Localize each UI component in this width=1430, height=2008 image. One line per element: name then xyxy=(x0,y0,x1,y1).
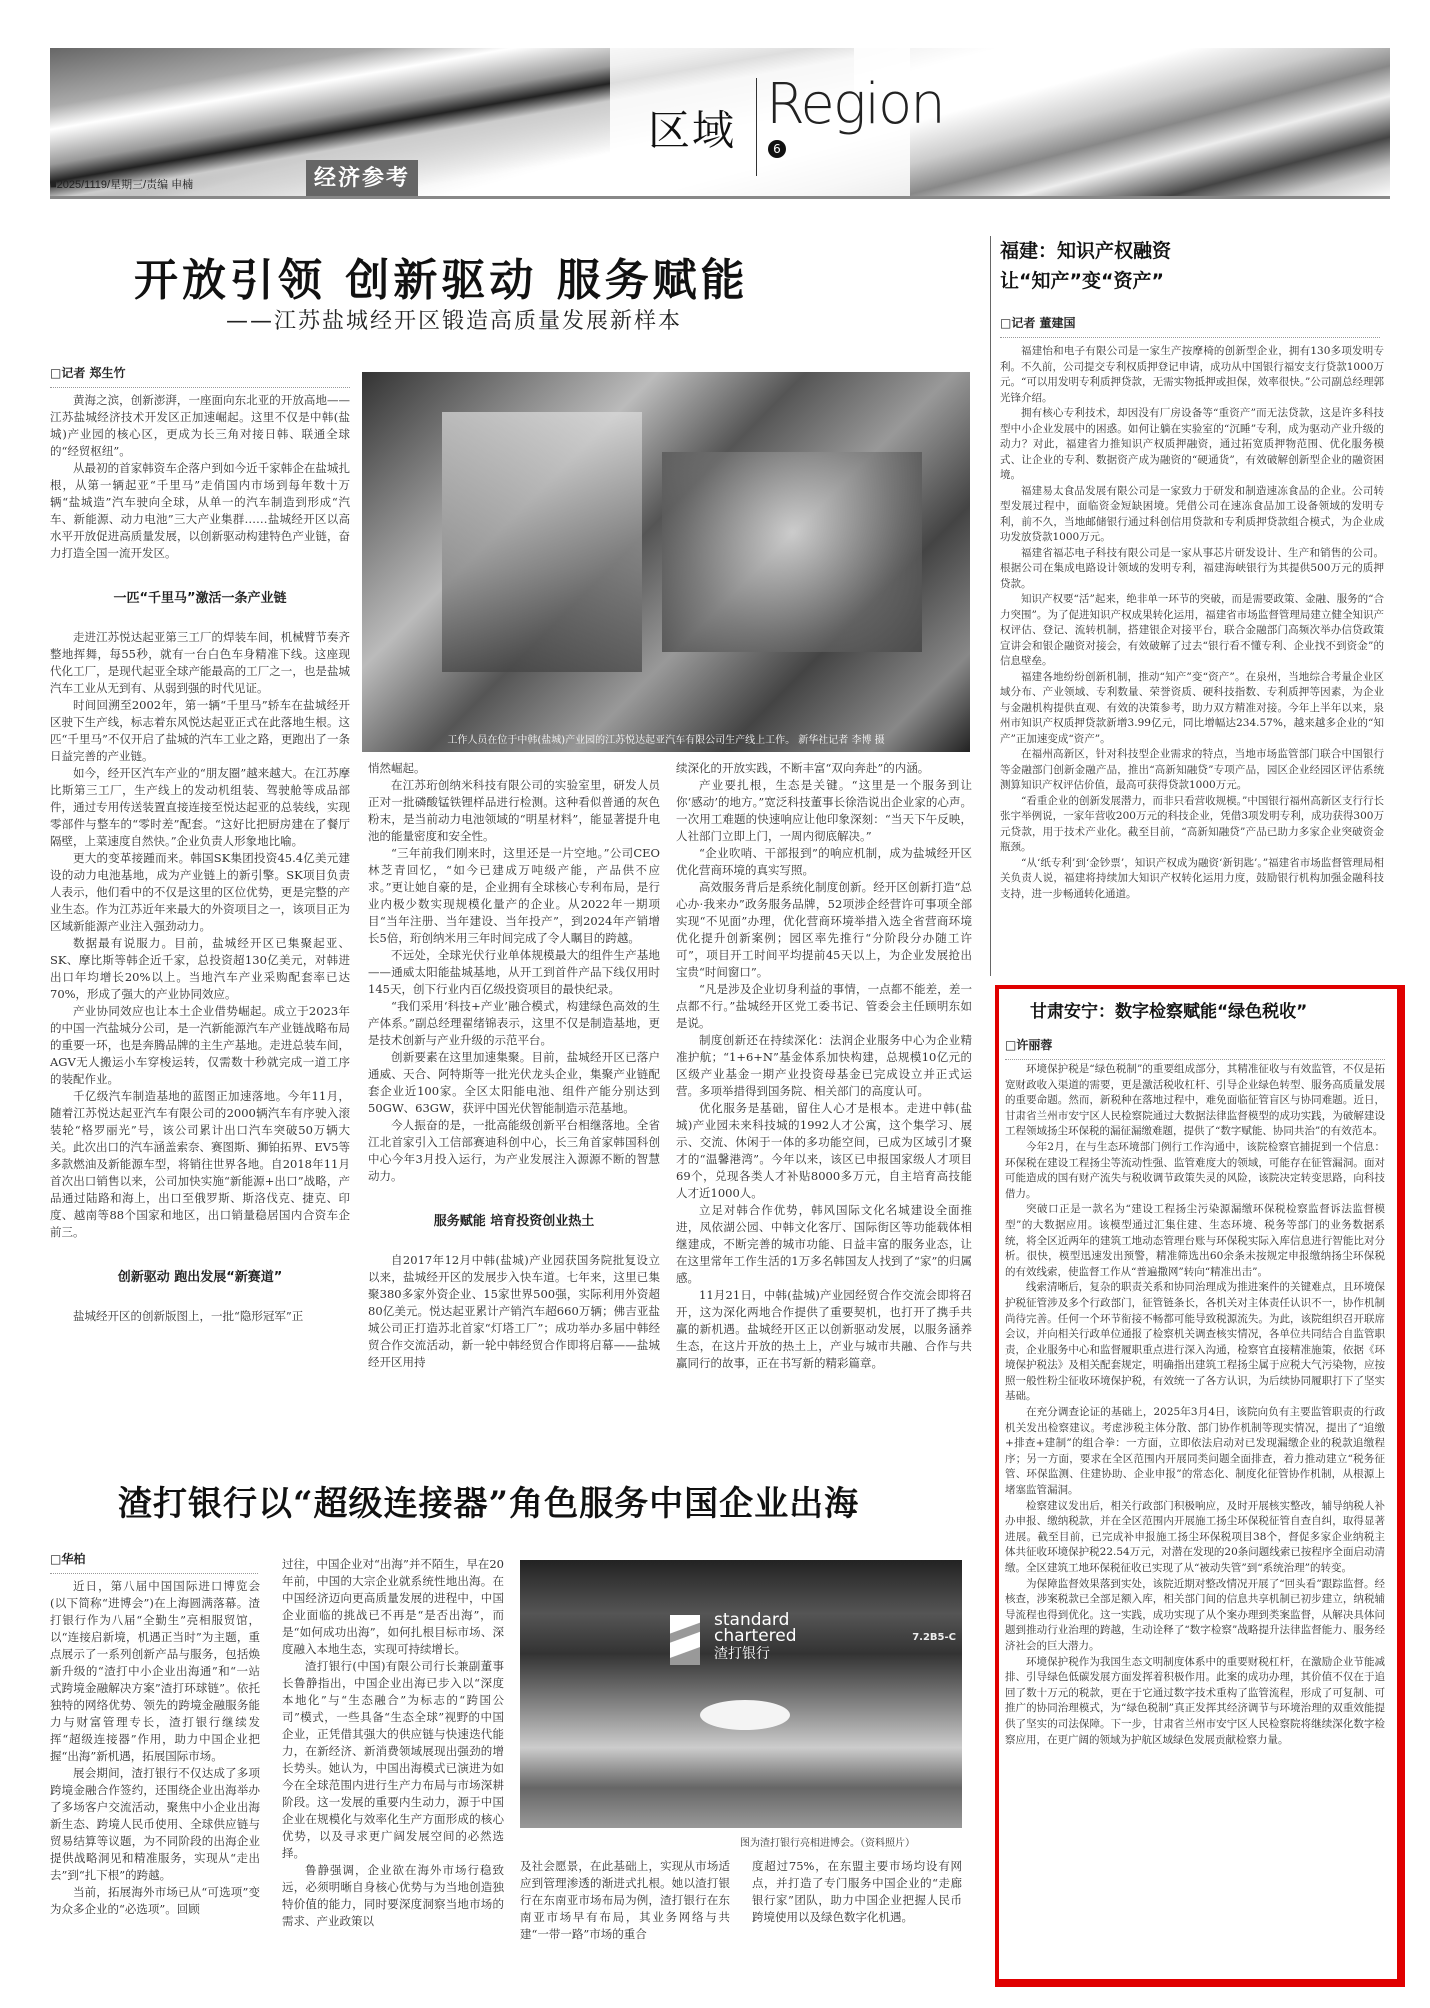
paragraph: 在充分调查论证的基础上，2025年3月4日，该院向负有主要监管职责的行政机关发出… xyxy=(1005,1405,1385,1499)
paragraph: “凡是涉及企业切身利益的事情，一点都不能差，差一点都不行。”盐城经开区党工委书记… xyxy=(676,981,972,1032)
sc-logo-text: standard chartered 渣打银行 xyxy=(714,1612,797,1662)
paragraph: 黄海之滨，创新澎湃，一座面向东北亚的开放高地——江苏盐城经济技术开发区正加速崛起… xyxy=(50,392,350,460)
section-subtitle: 一匹“千里马”激活一条产业链 xyxy=(50,590,350,607)
sc-byline: □华柏 xyxy=(50,1550,258,1574)
paragraph: 展会期间，渣打银行不仅达成了多项跨境金融合作签约，还围绕企业出海举办了多场客户交… xyxy=(50,1765,260,1884)
section-divider xyxy=(756,78,757,176)
sc-headline: 渣打银行以“超级连接器”角色服务中国企业出海 xyxy=(118,1476,859,1525)
paragraph: 福建省福芯电子科技有限公司是一家从事芯片研发设计、生产和销售的公司。根据公司在集… xyxy=(1000,546,1384,593)
section-title-zh: 区域 xyxy=(648,98,736,158)
section-subtitle: 服务赋能 培育投资创业热土 xyxy=(368,1213,660,1230)
expo-booth-photo: standard chartered 渣打银行 7.2B5-C xyxy=(520,1560,962,1828)
main-article-col3: 续深化的开放实践，不断丰富“双向奔赴”的内涵。 产业要扎根，生态是关键。“这里是… xyxy=(676,760,972,1372)
paragraph: “看重企业的创新发展潜力，而非只看营收规模。”中国银行福州高新区支行行长张宇举例… xyxy=(1000,794,1384,856)
newspaper-logo: 经济参考报 xyxy=(306,160,418,196)
paragraph: 产业协同效应也让本土企业借势崛起。成立于2023年的中国一汽盐城分公司，是一汽新… xyxy=(50,1003,350,1088)
paragraph: 环境保护税是“绿色税制”的重要组成部分，其精准征收与有效监管，不仅是拓宽财政收入… xyxy=(1005,1062,1385,1140)
sc-article-col3: 及社会愿景，在此基础上，实现从市场适应到管理渗透的渐进式扎根。她以渣打银行在东南… xyxy=(520,1858,730,1943)
fujian-headline: 福建：知识产权融资 让“知产”变“资产” xyxy=(1000,236,1171,296)
paragraph: 创新要素在这里加速集聚。目前，盐城经开区已落户通威、天合、阿特斯等一批光伏龙头企… xyxy=(368,1049,660,1117)
paragraph: 福建各地纷纷创新机制，推动“知产”变“资产”。在泉州，当地综合考量企业区域分布、… xyxy=(1000,670,1384,748)
paragraph: 今人振奋的是，一批高能级创新平台相继落地。全省江北首家引入工信部赛迪科创中心，长… xyxy=(368,1117,660,1185)
paragraph: 11月21日，中韩(盐城)产业园经贸合作交流会即将召开，这为深化两地合作提供了重… xyxy=(676,1287,972,1372)
paragraph: 自2017年12月中韩(盐城)产业园获国务院批复设立以来，盐城经开区的发展步入快… xyxy=(368,1252,660,1371)
paragraph: 更大的变革接踵而来。韩国SK集团投资45.4亿美元建设的动力电池基地，成为产业链… xyxy=(50,850,350,935)
paragraph: 福建易太食品发展有限公司是一家致力于研发和制造速冻食品的企业。公司转型发展过程中… xyxy=(1000,484,1384,546)
paragraph: 鲁静强调，企业欲在海外市场行稳致远，必须明晰自身核心优势与为当地创造独特价值的能… xyxy=(282,1862,504,1930)
gansu-article-body: 环境保护税是“绿色税制”的重要组成部分，其精准征收与有效监管，不仅是拓宽财政收入… xyxy=(1005,1062,1385,1748)
sc-article-col1: 近日，第八届中国国际进口博览会(以下简称“进博会”)在上海圆满落幕。渣打银行作为… xyxy=(50,1578,260,1918)
masthead-rule xyxy=(50,196,1390,199)
gansu-byline: □许丽蓉 xyxy=(1005,1036,1385,1060)
paragraph: 在江苏珩创纳米科技有限公司的实验室里，研发人员正对一批磷酸锰铁锂样品进行检测。这… xyxy=(368,777,660,845)
paragraph: 福建怡和电子有限公司是一家生产按摩椅的创新型企业，拥有130多项发明专利。不久前… xyxy=(1000,344,1384,406)
paragraph: 及社会愿景，在此基础上，实现从市场适应到管理渗透的渐进式扎根。她以渣打银行在东南… xyxy=(520,1858,730,1943)
paragraph: 突破口正是一款名为“建设工程扬尘污染源漏缴环保税检察监督诉法监督模型”的大数据应… xyxy=(1005,1202,1385,1280)
paragraph: 优化服务是基础，留住人心才是根本。走进中韩(盐城)产业园未来科技城的1992人才… xyxy=(676,1100,972,1202)
standard-chartered-logo-icon xyxy=(670,1615,700,1665)
paragraph: 环境保护税作为我国生态文明制度体系中的重要财税杠杆，在激励企业节能减排、引导绿色… xyxy=(1005,1655,1385,1749)
paragraph: 续深化的开放实践，不断丰富“双向奔赴”的内涵。 xyxy=(676,760,972,777)
paragraph: 数据最有说服力。目前，盐城经开区已集聚起亚、SK、摩比斯等韩企近千家，总投资超1… xyxy=(50,935,350,1003)
paragraph: 线索清晰后，复杂的职责关系和协同治理成为推进案件的关键难点，且环境保护税征管涉及… xyxy=(1005,1280,1385,1405)
photo-caption: 图为渣打银行亮相进博会。（资料照片） xyxy=(740,1834,915,1849)
section-title-en: Region xyxy=(766,72,944,137)
photo-caption: 工作人员在位于中韩(盐城)产业园的江苏悦达起亚汽车有限公司生产线上工作。 新华社… xyxy=(362,731,970,746)
section-subtitle: 创新驱动 跑出发展“新赛道” xyxy=(50,1269,350,1286)
paragraph: 今年2月，在与生态环境部门例行工作沟通中，该院检察官捕捉到一个信息：环保税在建设… xyxy=(1005,1140,1385,1202)
page-number-badge: 6 xyxy=(768,140,786,158)
paragraph: “三年前我们刚来时，这里还是一片空地。”公司CEO林芝青回忆，“如今已建成万吨级… xyxy=(368,845,660,947)
paragraph: 渣打银行(中国)有限公司行长兼副董事长鲁静指出，中国企业出海已步入以“深度本地化… xyxy=(282,1658,504,1862)
paragraph: 当前，拓展海外市场已从“可选项”变为众多企业的“必选项”。回顾 xyxy=(50,1884,260,1918)
factory-photo: 工作人员在位于中韩(盐城)产业园的江苏悦达起亚汽车有限公司生产线上工作。 新华社… xyxy=(362,372,970,752)
paragraph: 从最初的首家韩资车企落户到如今近千家韩企在盐城扎根，从第一辆起亚“千里马”走俏国… xyxy=(50,460,350,562)
paragraph: 产业要扎根，生态是关键。“这里是一个服务到让你‘感动’的地方。”宽泛科技董事长徐… xyxy=(676,777,972,845)
paragraph: 时间回溯至2002年，第一辆“千里马”轿车在盐城经开区驶下生产线，标志着东风悦达… xyxy=(50,697,350,765)
paragraph: 悄然崛起。 xyxy=(368,760,660,777)
paragraph: 过往，中国企业对“出海”并不陌生，早在20年前，中国的大宗企业就系统性地出海。在… xyxy=(282,1556,504,1658)
paragraph: “从‘纸专利’到‘金钞票’，知识产权成为融资‘新钥匙’。”福建省市场监督管理局相… xyxy=(1000,856,1384,903)
dateline: ■2025/1119/星期三/责编 申楠 xyxy=(50,176,193,192)
main-byline: □记者 郑生竹 xyxy=(50,364,350,388)
main-subhead: ——江苏盐城经开区锻造高质量发展新样本 xyxy=(226,304,682,335)
paragraph: 检察建议发出后，相关行政部门积极响应，及时开展核实整改，辅导纳税人补办申报、缴纳… xyxy=(1005,1499,1385,1577)
paragraph: 盐城经开区的创新版图上，一批“隐形冠军”正 xyxy=(50,1308,350,1325)
paragraph: 知识产权要“活”起来，绝非单一环节的突破，而是需要政策、金融、服务的“合力突围”… xyxy=(1000,592,1384,670)
paragraph: 如今，经开区汽车产业的“朋友圈”越来越大。在江苏摩比斯第三工厂，生产线上的发动机… xyxy=(50,765,350,850)
main-article-col1: 黄海之滨，创新澎湃，一座面向东北亚的开放高地——江苏盐城经济技术开发区正加速崛起… xyxy=(50,392,350,1325)
paragraph: 千亿级汽车制造基地的蓝图正加速落地。今年11月，随着江苏悦达起亚汽车有限公司的2… xyxy=(50,1088,350,1241)
paragraph: 不远处，全球光伏行业单体规模最大的组件生产基地——通威太阳能盐城基地，从开工到首… xyxy=(368,947,660,998)
paragraph: 为保障监督效果落到实处，该院近期对整改情况开展了“回头看”跟踪监督。经核查，涉案… xyxy=(1005,1577,1385,1655)
gansu-headline: 甘肃安宁：数字检察赋能“绿色税收” xyxy=(1030,997,1307,1022)
booth-sign: 7.2B5-C xyxy=(912,1632,956,1643)
paragraph: 立足对韩合作优势，韩风国际文化名城建设全面推进，凤依湖公园、中韩文化客厅、国际街… xyxy=(676,1202,972,1287)
column-rule xyxy=(990,236,991,976)
paragraph: “企业吹哨、干部报到”的响应机制，成为盐城经开区优化营商环境的真实写照。 xyxy=(676,845,972,879)
fujian-byline: □记者 董建国 xyxy=(1000,314,1380,338)
paragraph: 在福州高新区，针对科技型企业需求的特点，当地市场监管部门联合中国银行等金融部门创… xyxy=(1000,747,1384,794)
paragraph: 制度创新还在持续深化：法润企业服务中心为企业精准护航；“1+6+N”基金体系加快… xyxy=(676,1032,972,1100)
sc-article-col2: 过往，中国企业对“出海”并不陌生，早在20年前，中国的大宗企业就系统性地出海。在… xyxy=(282,1556,504,1930)
paragraph: 高效服务背后是系统化制度创新。经开区创新打造“总心办·我来办”政务服务品牌，52… xyxy=(676,879,972,981)
main-headline: 开放引领 创新驱动 服务赋能 xyxy=(134,244,749,308)
paragraph: 拥有核心专利技术，却因没有厂房设备等“重资产”而无法贷款，这是许多科技型中小企业… xyxy=(1000,406,1384,484)
paragraph: “我们采用‘科技+产业’融合模式，构建绿色高效的生产体系。”副总经理翟绪锦表示，… xyxy=(368,998,660,1049)
paragraph: 近日，第八届中国国际进口博览会(以下简称“进博会”)在上海圆满落幕。渣打银行作为… xyxy=(50,1578,260,1765)
sc-article-col4: 度超过75%，在东盟主要市场均设有网点，并打造了专门服务中国企业的“走廊银行家”… xyxy=(752,1858,962,1926)
paragraph: 度超过75%，在东盟主要市场均设有网点，并打造了专门服务中国企业的“走廊银行家”… xyxy=(752,1858,962,1926)
paragraph: 走进江苏悦达起亚第三工厂的焊装车间，机械臂节奏齐整地挥舞，每55秒，就有一台白色… xyxy=(50,629,350,697)
fujian-article-body: 福建怡和电子有限公司是一家生产按摩椅的创新型企业，拥有130多项发明专利。不久前… xyxy=(1000,344,1384,902)
main-article-col2: 悄然崛起。 在江苏珩创纳米科技有限公司的实验室里，研发人员正对一批磷酸锰铁锂样品… xyxy=(368,760,660,1371)
